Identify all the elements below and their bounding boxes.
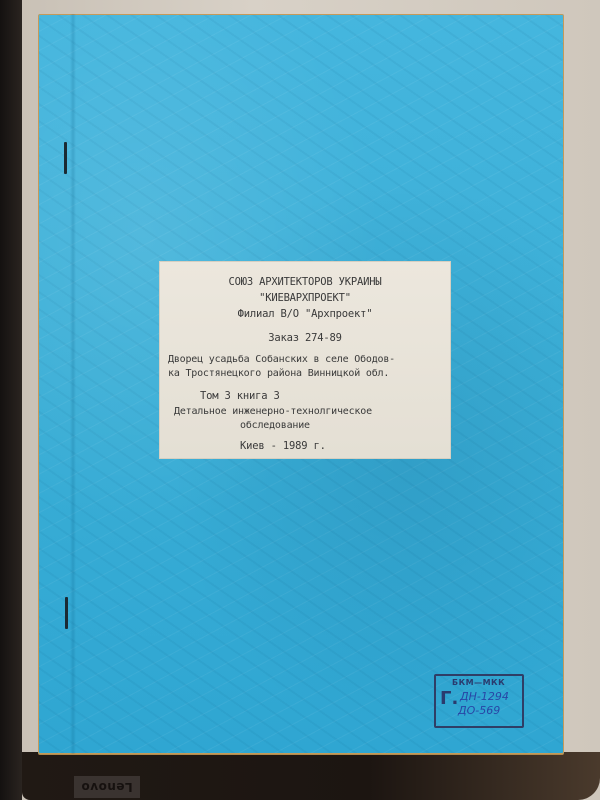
- label-volume: Том 3 книга 3: [200, 390, 490, 402]
- archive-stamp: БКМ—МКК Г. ДН-1294 ДО-569: [434, 674, 524, 728]
- stamp-number-1: ДН-1294: [460, 690, 509, 703]
- spine-crease: [70, 14, 76, 754]
- label-object-line-2: ка Тростянецкого района Винницкой обл.: [168, 368, 458, 379]
- binding-staple-top: [64, 142, 67, 174]
- cover-label: СОЮЗ АРХИТЕКТОРОВ УКРАИНЫ "КИЕВАРХПРОЕКТ…: [160, 262, 450, 458]
- document-cover: СОЮЗ АРХИТЕКТОРОВ УКРАИНЫ "КИЕВАРХПРОЕКТ…: [38, 14, 564, 754]
- label-order-number: Заказ 274-89: [160, 332, 450, 344]
- stamp-number-2: ДО-569: [458, 704, 500, 717]
- label-object-line-1: Дворец усадьба Собанских в селе Ободов-: [168, 354, 458, 365]
- label-subject-line-2: обследование: [240, 420, 530, 431]
- label-institute: "КИЕВАРХПРОЕКТ": [160, 292, 450, 304]
- background-left-edge: [0, 0, 22, 800]
- label-branch: Филиал В/О "Архпроект": [160, 308, 450, 320]
- label-org-name: СОЮЗ АРХИТЕКТОРОВ УКРАИНЫ: [160, 276, 450, 288]
- label-city-year: Киев - 1989 г.: [240, 440, 530, 452]
- label-subject-line-1: Детальное инженерно-технолгическое: [174, 406, 464, 417]
- laptop-logo-plate: Lenovo: [74, 776, 140, 798]
- binding-staple-bottom: [65, 597, 68, 629]
- laptop-logo: Lenovo: [81, 780, 133, 794]
- stamp-header: БКМ—МКК: [452, 678, 505, 687]
- stamp-bracket-mark: Г.: [440, 690, 458, 708]
